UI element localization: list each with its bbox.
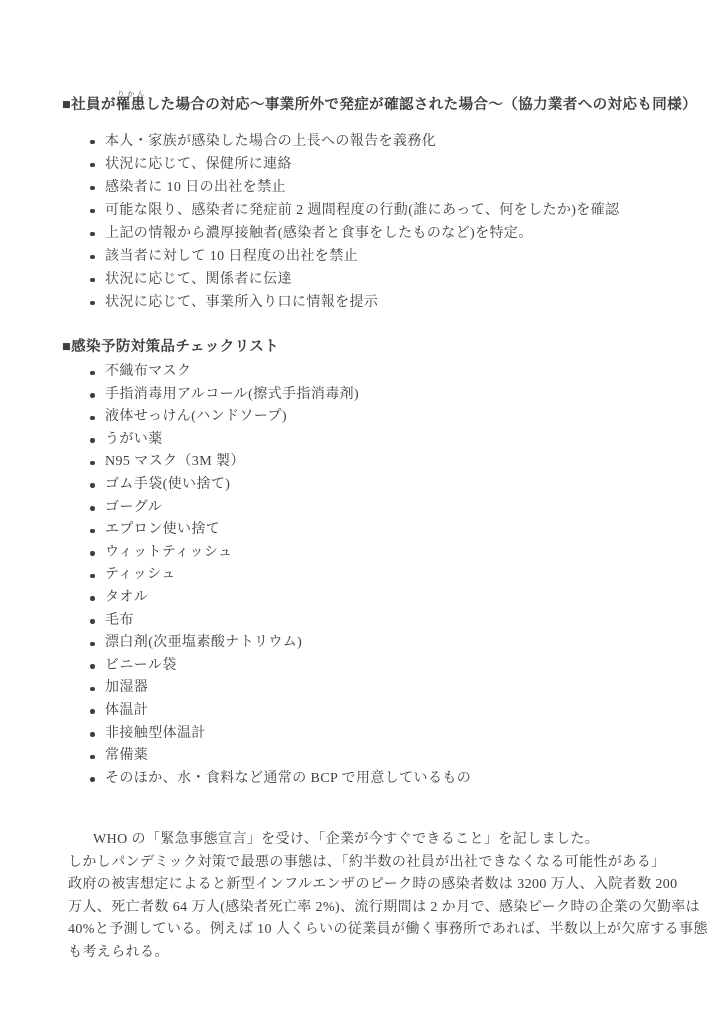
list-item: ウィットティッシュ	[62, 542, 471, 565]
section-heading-checklist: ■感染予防対策品チェックリスト	[62, 335, 279, 356]
list-item: ゴーグル	[62, 497, 471, 520]
list-item: 液体せっけん(ハンドソープ)	[62, 406, 471, 429]
response-steps-list: 本人・家族が感染した場合の上長への報告を義務化状況に応じて、保健所に連絡感染者に…	[62, 130, 620, 314]
list-item: そのほか、水・食料など通常の BCP で用意しているもの	[62, 768, 471, 791]
list-item: 不織布マスク	[62, 361, 471, 384]
heading1-ruby-base: 罹患	[116, 97, 146, 113]
list-item: 該当者に対して 10 日程度の出社を禁止	[62, 245, 620, 268]
paragraph-line: 政府の被害想定によると新型インフルエンザのピーク時の感染者数は 3200 万人、…	[68, 874, 688, 897]
list-item: 毛布	[62, 610, 471, 633]
heading1-suffix: した場合の対応～事業所外で発症が確認された場合～（協力業者への対応も同様）	[146, 97, 697, 113]
heading1-ruby-text: りかん	[116, 90, 146, 98]
list-item: 体温計	[62, 700, 471, 723]
list-item: 状況に応じて、事業所入り口に情報を提示	[62, 291, 620, 314]
list-item: 状況に応じて、保健所に連絡	[62, 153, 620, 176]
list-item: 状況に応じて、関係者に伝達	[62, 268, 620, 291]
list-item: 可能な限り、感染者に発症前 2 週間程度の行動(誰にあって、何をしたか)を確認	[62, 199, 620, 222]
paragraph-line: WHO の「緊急事態宣言」を受け、「企業が今すぐできること」を記しました。	[68, 829, 688, 852]
list-item: エプロン使い捨て	[62, 519, 471, 542]
list-item: 手指消毒用アルコール(擦式手指消毒剤)	[62, 384, 471, 407]
closing-paragraph: WHO の「緊急事態宣言」を受け、「企業が今すぐできること」を記しました。しかし…	[68, 829, 688, 965]
list-item: タオル	[62, 587, 471, 610]
list-item: 漂白剤(次亜塩素酸ナトリウム)	[62, 632, 471, 655]
list-item: 上記の情報から濃厚接触者(感染者と食事をしたものなど)を特定。	[62, 222, 620, 245]
list-item: 感染者に 10 日の出社を禁止	[62, 176, 620, 199]
document-page: ■社員が罹患りかんした場合の対応～事業所外で発症が確認された場合～（協力業者への…	[0, 0, 724, 1024]
list-item: 常備薬	[62, 745, 471, 768]
paragraph-line: しかしパンデミック対策で最悪の事態は、「約半数の社員が出社できなくなる可能性があ…	[68, 852, 688, 875]
list-item: うがい薬	[62, 429, 471, 452]
list-item: ティッシュ	[62, 564, 471, 587]
supplies-checklist: 不織布マスク手指消毒用アルコール(擦式手指消毒剤)液体せっけん(ハンドソープ)う…	[62, 361, 471, 790]
list-item: 本人・家族が感染した場合の上長への報告を義務化	[62, 130, 620, 153]
paragraph-line: も考えられる。	[68, 942, 688, 965]
list-item: ゴム手袋(使い捨て)	[62, 474, 471, 497]
paragraph-line: 万人、死亡者数 64 万人(感染者死亡率 2%)、流行期間は 2 か月で、感染ピ…	[68, 897, 688, 920]
paragraph-line: 40%と予測している。例えば 10 人くらいの従業員が働く事務所であれば、半数以…	[68, 919, 688, 942]
heading1-ruby-annotation: 罹患りかん	[116, 97, 146, 113]
list-item: ビニール袋	[62, 655, 471, 678]
list-item: 加湿器	[62, 677, 471, 700]
list-item: 非接触型体温計	[62, 723, 471, 746]
heading1-prefix: ■社員が	[62, 97, 116, 113]
list-item: N95 マスク（3M 製）	[62, 451, 471, 474]
section-heading-infection-response: ■社員が罹患りかんした場合の対応～事業所外で発症が確認された場合～（協力業者への…	[62, 90, 697, 114]
